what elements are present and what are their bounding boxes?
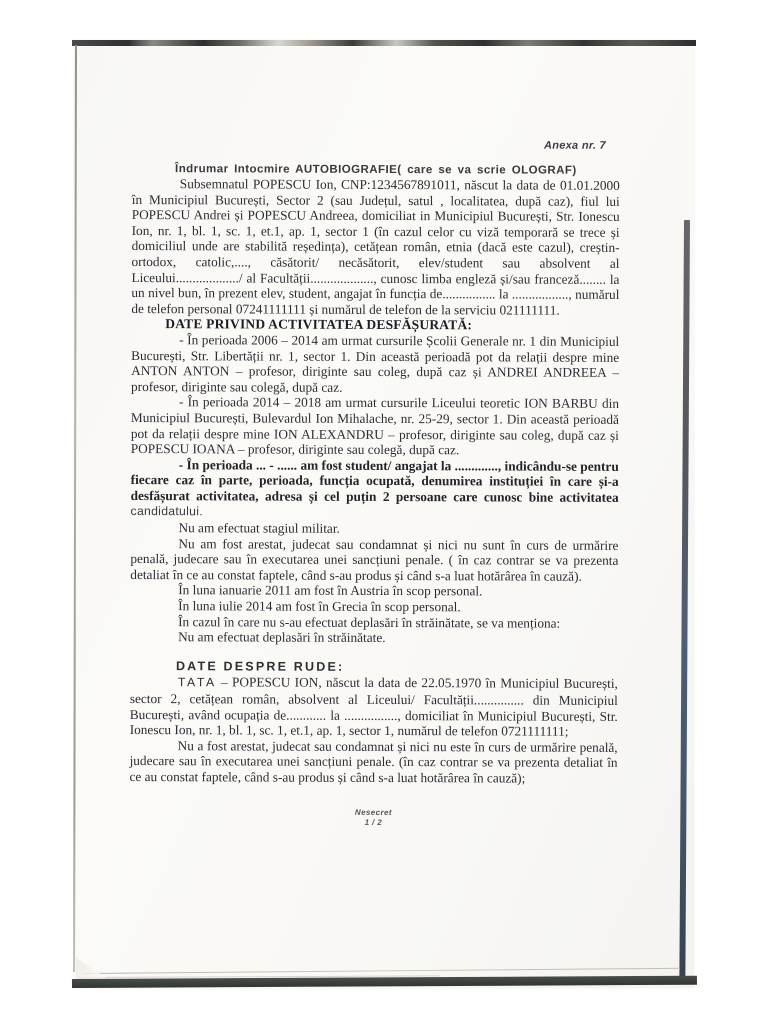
scan-edge-left — [73, 45, 77, 972]
activity-highschool-paragraph: - În perioada 2014 – 2018 am urmat cursu… — [131, 394, 619, 458]
under-sheet-edge-line — [84, 968, 680, 974]
criminal-record-paragraph: Nu am fost arestat, judecat sau condamna… — [130, 536, 618, 585]
page-corner-curl — [76, 958, 110, 980]
page-footer: Nesecret 1 / 2 — [129, 807, 617, 829]
travel-austria-line: În luna ianuarie 2011 am fost în Austria… — [130, 582, 618, 599]
intro-paragraph: Subsemnatul POPESCU Ion, CNP:12345678910… — [131, 176, 620, 318]
activity-template-tail-text: candidatului. — [131, 504, 203, 518]
scanned-document-page: Anexa nr. 7 Îndrumar Intocmire AUTOBIOGR… — [74, 40, 694, 988]
annex-label: Anexa nr. 7 — [132, 138, 620, 153]
activity-school-paragraph: - În perioada 2006 – 2014 am urmat cursu… — [131, 332, 619, 396]
travel-none-line: Nu am efectuat deplasări în străinătate. — [130, 629, 618, 646]
scan-edge-right-upper — [685, 45, 689, 223]
father-label: TATA — [178, 676, 217, 690]
activity-template-bold-text: - În perioada ... - ...... am fost stude… — [131, 457, 619, 505]
travel-greece-line: În luna iulie 2014 am fost în Grecia în … — [130, 598, 618, 615]
section-heading-relatives: DATE DESPRE RUDE: — [176, 659, 618, 676]
page-number: 1 / 2 — [129, 817, 617, 829]
father-paragraph: TATA – POPESCU ION, născut la data de 22… — [130, 674, 618, 739]
military-service-line: Nu am efectuat stagiul militar. — [130, 520, 618, 537]
section-heading-activity: DATE PRIVIND ACTIVITATEA DESFĂȘURATĂ: — [165, 316, 619, 333]
scan-edge-right — [679, 220, 690, 981]
scan-edge-bottom — [72, 976, 697, 988]
activity-template-paragraph: - În perioada ... - ...... am fost stude… — [131, 457, 619, 522]
scan-edge-top — [72, 40, 696, 46]
father-criminal-paragraph: Nu a fost arestat, judecat sau condamnat… — [130, 738, 618, 787]
travel-note-line: În cazul în care nu s-au efectuat deplas… — [130, 614, 618, 631]
document-content: Anexa nr. 7 Îndrumar Intocmire AUTOBIOGR… — [129, 138, 620, 828]
